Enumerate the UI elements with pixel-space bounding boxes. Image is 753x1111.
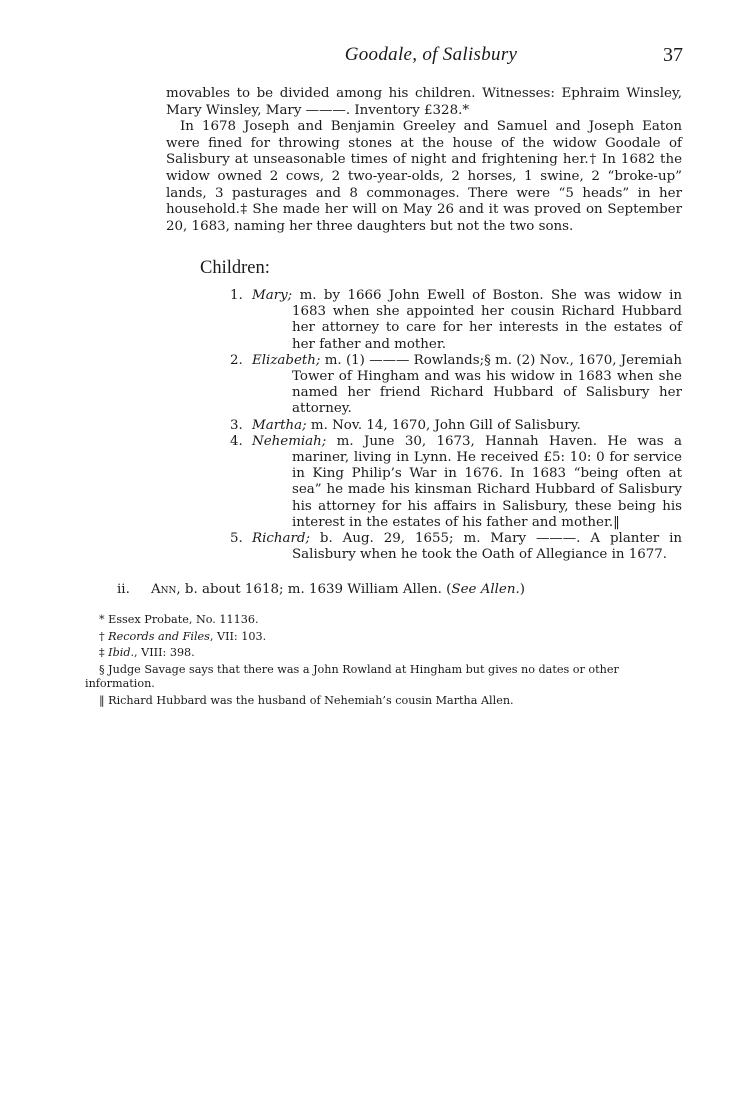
child-item-richard: 5. Richard; b. Aug. 29, 1655; m. Mary ——… xyxy=(230,531,682,563)
child-name: Martha; xyxy=(252,418,307,433)
child-item-mary: 1. Mary; m. by 1666 John Ewell of Boston… xyxy=(230,288,682,353)
see-reference: See Allen. xyxy=(451,582,519,597)
child-entry: Martha; m. Nov. 14, 1670, John Gill of S… xyxy=(252,418,682,434)
child-entry: Richard; b. Aug. 29, 1655; m. Mary ———. … xyxy=(252,531,682,563)
child-text: b. Aug. 29, 1655; m. Mary ———. A planter… xyxy=(292,531,682,562)
child-item-martha: 3. Martha; m. Nov. 14, 1670, John Gill o… xyxy=(230,418,682,434)
footnote-text: Essex Probate, No. 11136. xyxy=(105,613,259,626)
child-name: Mary; xyxy=(252,288,292,303)
footnote-mark: † xyxy=(99,630,105,643)
child-text: m. June 30, 1673, Hannah Haven. He was a… xyxy=(292,434,682,530)
sibling-entry-ann: ii. Ann, b. about 1618; m. 1639 William … xyxy=(117,582,687,598)
child-item-nehemiah: 4. Nehemiah; m. June 30, 1673, Hannah Ha… xyxy=(230,434,682,531)
document-page: Goodale, of Salisbury 37 movables to be … xyxy=(0,0,753,1111)
footnote-double-dagger: ‡ Ibid., VIII: 398. xyxy=(85,646,685,660)
sibling-name: Ann xyxy=(151,582,176,597)
child-entry: Nehemiah; m. June 30, 1673, Hannah Haven… xyxy=(252,434,682,531)
sibling-details: , b. about 1618; m. 1639 William Allen. … xyxy=(176,582,451,597)
child-entry: Elizabeth; m. (1) ——— Rowlands;§ m. (2) … xyxy=(252,353,682,418)
sibling-number: ii. xyxy=(117,582,151,598)
paragraph-widow-goodale: In 1678 Joseph and Benjamin Greeley and … xyxy=(166,119,682,235)
footnote-italic: Ibid. xyxy=(108,646,134,659)
child-entry: Mary; m. by 1666 John Ewell of Boston. S… xyxy=(252,288,682,353)
child-item-elizabeth: 2. Elizabeth; m. (1) ——— Rowlands;§ m. (… xyxy=(230,353,682,418)
footnote-text: Judge Savage says that there was a John … xyxy=(85,663,619,690)
child-number: 2. xyxy=(230,353,252,418)
child-number: 4. xyxy=(230,434,252,531)
sibling-close-paren: ) xyxy=(520,582,525,597)
page-number: 37 xyxy=(663,44,683,67)
children-list: 1. Mary; m. by 1666 John Ewell of Boston… xyxy=(230,288,682,563)
child-text: m. Nov. 14, 1670, John Gill of Salisbury… xyxy=(307,418,581,433)
footnote-section: § Judge Savage says that there was a Joh… xyxy=(85,663,685,691)
footnote-parallel: ‖ Richard Hubbard was the husband of Neh… xyxy=(85,694,685,708)
running-title: Goodale, of Salisbury xyxy=(165,44,683,66)
footnote-dagger: † Records and Files, VII: 103. xyxy=(85,630,685,644)
footnote-italic: Records and Files xyxy=(108,630,210,643)
child-number: 3. xyxy=(230,418,252,434)
footnote-mark: ‡ xyxy=(99,646,105,659)
children-heading: Children: xyxy=(200,258,270,279)
footnote-text: , VIII: 398. xyxy=(134,646,195,659)
running-head: Goodale, of Salisbury 37 xyxy=(165,44,683,72)
footnote-text: , VII: 103. xyxy=(210,630,266,643)
footnote-text: Richard Hubbard was the husband of Nehem… xyxy=(105,694,514,707)
body-text: movables to be divided among his childre… xyxy=(166,86,682,235)
footnotes: * Essex Probate, No. 11136. † Records an… xyxy=(85,613,685,711)
paragraph-movables: movables to be divided among his childre… xyxy=(166,86,682,119)
child-text: m. by 1666 John Ewell of Boston. She was… xyxy=(292,288,682,352)
child-name: Elizabeth; xyxy=(252,353,320,368)
child-name: Richard; xyxy=(252,531,310,546)
child-name: Nehemiah; xyxy=(252,434,326,449)
footnote-asterisk: * Essex Probate, No. 11136. xyxy=(85,613,685,627)
child-text: m. (1) ——— Rowlands;§ m. (2) Nov., 1670,… xyxy=(292,353,682,417)
sibling-text: Ann, b. about 1618; m. 1639 William Alle… xyxy=(151,582,525,598)
child-number: 5. xyxy=(230,531,252,563)
child-number: 1. xyxy=(230,288,252,353)
